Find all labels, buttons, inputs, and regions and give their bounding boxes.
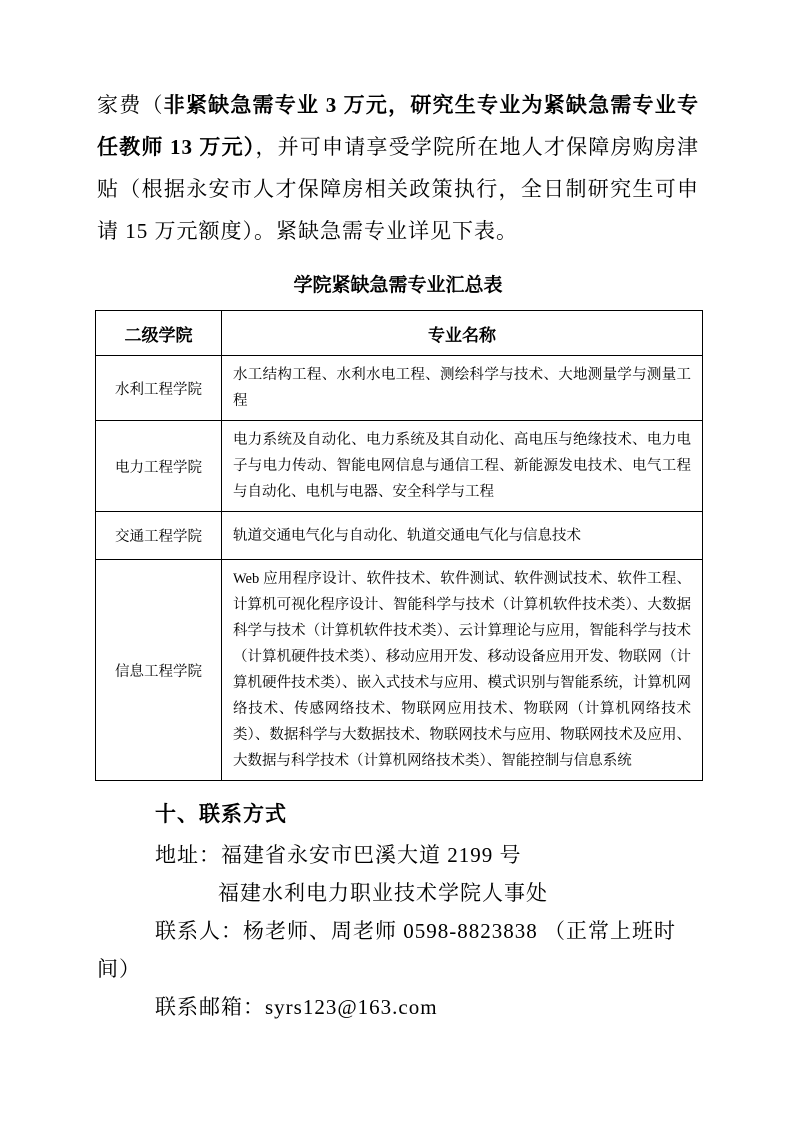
table-row: 信息工程学院 Web 应用程序设计、软件技术、软件测试、软件测试技术、软件工程、… [96,560,703,781]
contact-person-wrap-line: 间） [97,950,697,988]
college-cell: 电力工程学院 [96,421,222,512]
intro-paragraph: 家费（非紧缺急需专业 3 万元，研究生专业为紧缺急需专业专任教师 13 万元），… [97,84,699,252]
college-cell: 水利工程学院 [96,356,222,421]
college-cell: 交通工程学院 [96,512,222,560]
table-header-college: 二级学院 [96,311,222,356]
contact-heading: 十、联系方式 [155,795,697,833]
table-row: 电力工程学院 电力系统及自动化、电力系统及其自动化、高电压与绝缘技术、电力电子与… [96,421,703,512]
table-title: 学院紧缺急需专业汇总表 [97,270,699,297]
table-row: 水利工程学院 水工结构工程、水利水电工程、测绘科学与技术、大地测量学与测量工程 [96,356,703,421]
college-cell: 信息工程学院 [96,560,222,781]
page: 家费（非紧缺急需专业 3 万元，研究生专业为紧缺急需专业专任教师 13 万元），… [0,0,793,1122]
table-header-row: 二级学院 专业名称 [96,311,703,356]
majors-cell: 轨道交通电气化与自动化、轨道交通电气化与信息技术 [222,512,703,560]
contact-person-line: 联系人：杨老师、周老师 0598-8823838 （正常上班时 [155,912,697,950]
majors-table: 二级学院 专业名称 水利工程学院 水工结构工程、水利水电工程、测绘科学与技术、大… [95,310,703,781]
contact-address-line2: 福建水利电力职业技术学院人事处 [218,874,697,912]
intro-prefix: 家费（ [97,93,164,117]
contact-section: 十、联系方式 地址：福建省永安市巴溪大道 2199 号 福建水利电力职业技术学院… [97,795,697,1026]
majors-cell: 水工结构工程、水利水电工程、测绘科学与技术、大地测量学与测量工程 [222,356,703,421]
contact-address-line: 地址：福建省永安市巴溪大道 2199 号 [155,836,697,874]
contact-email-line: 联系邮箱：syrs123@163.com [155,988,697,1026]
document-page: { "document": { "intro": { "prefix": "家费… [0,0,793,1122]
table-row: 交通工程学院 轨道交通电气化与自动化、轨道交通电气化与信息技术 [96,512,703,560]
table-header-majors: 专业名称 [222,311,703,356]
majors-cell: Web 应用程序设计、软件技术、软件测试、软件测试技术、软件工程、计算机可视化程… [222,560,703,781]
majors-cell: 电力系统及自动化、电力系统及其自动化、高电压与绝缘技术、电力电子与电力传动、智能… [222,421,703,512]
